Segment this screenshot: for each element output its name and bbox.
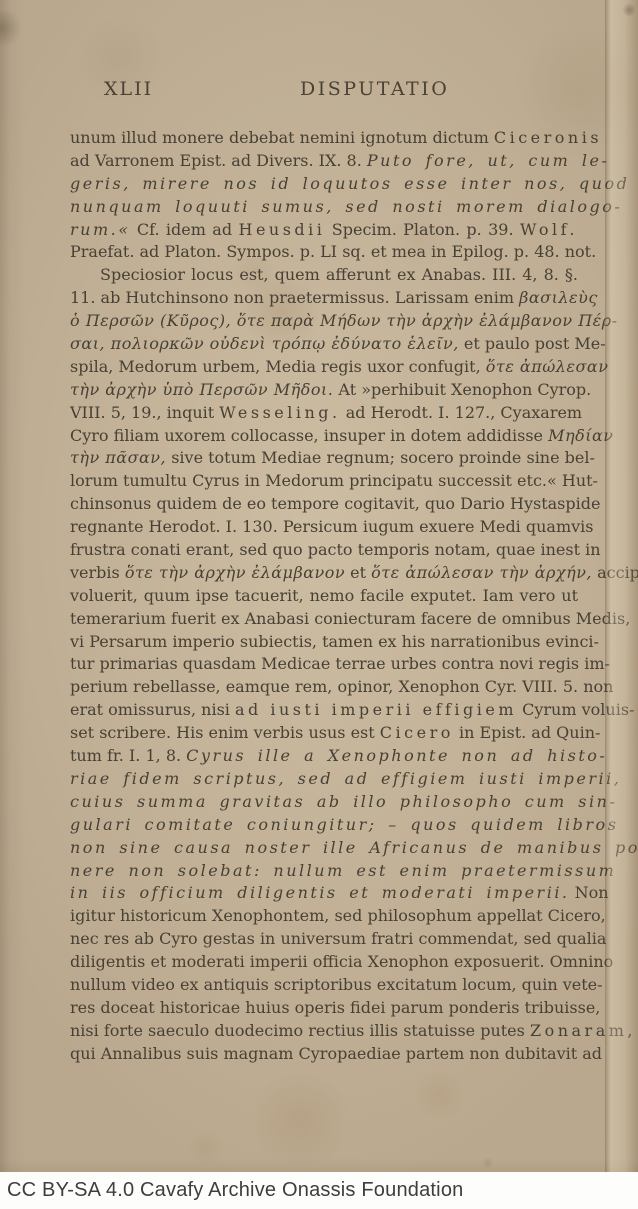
text-segment: tum fr. I. 1, 8.: [70, 746, 186, 765]
text-line: vi Persarum imperio subiectis, tamen ex …: [70, 631, 578, 654]
text-line: VIII. 5, 19., inquit Wesseling. ad Herod…: [70, 402, 578, 425]
text-segment: diligentis et moderati imperii officia X…: [70, 952, 613, 971]
text-line: cuius summa gravitas ab illo philosopho …: [70, 791, 578, 814]
text-segment: Speciosior locus est, quem afferunt ex A…: [100, 265, 578, 284]
text-segment: gulari comitate coniungitur; – quos quid…: [70, 815, 618, 834]
text-segment: Puto fore, ut, cum le-: [367, 151, 609, 170]
text-segment: ὅτε ἀπώλεσαν: [486, 357, 609, 376]
text-line: rum.« Cf. idem ad Heusdii Specim. Platon…: [70, 219, 578, 242]
text-segment: VIII. 5, 19., inquit: [70, 403, 219, 422]
text-segment: 11. ab Hutchinsono non praetermissus. La…: [70, 288, 519, 307]
text-segment: Non: [570, 883, 609, 902]
text-line: tur primarias quasdam Medicae terrae urb…: [70, 653, 578, 676]
text-segment: Zonaram,: [530, 1021, 636, 1040]
text-segment: Cyrus ille a Xenophonte non ad histo-: [186, 746, 607, 765]
text-segment: Praefat. ad Platon. Sympos. p. LI sq. et…: [70, 242, 596, 261]
license-text: CC BY-SA 4.0 Cavafy Archive Onassis Foun…: [0, 1179, 463, 1202]
text-segment: temerarium fuerit ex Anabasi coniecturam…: [70, 609, 630, 628]
text-segment: spila, Medorum urbem, Media regis uxor c…: [70, 357, 486, 376]
text-segment: Cf. idem ad: [131, 220, 239, 239]
text-segment: nisi forte saeculo duodecimo rectius ill…: [70, 1021, 530, 1040]
text-segment: At »perhibuit Xenophon Cyrop.: [333, 380, 591, 399]
text-segment: regnante Herodot. I. 130. Persicum iugum…: [70, 517, 594, 536]
text-segment: igitur historicum Xenophontem, sed philo…: [70, 906, 606, 925]
text-line: nisi forte saeculo duodecimo rectius ill…: [70, 1020, 578, 1043]
license-bar: CC BY-SA 4.0 Cavafy Archive Onassis Foun…: [0, 1172, 638, 1209]
text-segment: voluerit, quum ipse tacuerit, nemo facil…: [70, 586, 578, 605]
text-line: erat omissurus, nisi ad iusti imperii ef…: [70, 699, 578, 722]
text-line: nere non solebat: nullum est enim praete…: [70, 860, 578, 883]
text-segment: ad iusti imperii effigiem: [235, 700, 517, 719]
text-line: τὴν πᾶσαν, sive totum Mediae regnum; soc…: [70, 447, 578, 470]
text-segment: res doceat historicae huius operis fidei…: [70, 998, 600, 1017]
text-segment: nere non solebat: nullum est enim praete…: [70, 861, 616, 880]
paper-background: XLII DISPUTATIO unum illud monere debeba…: [0, 0, 638, 1172]
text-line: frustra conati erant, sed quo pacto temp…: [70, 539, 578, 562]
text-line: unum illud monere debebat nemini ignotum…: [70, 127, 578, 150]
text-segment: accipi: [592, 563, 638, 582]
text-segment: σαι, πολιορκῶν οὐδενὶ τρόπῳ ἐδύνατο ἑλεῖ…: [70, 334, 459, 353]
text-segment: nullum video ex antiquis scriptoribus ex…: [70, 975, 603, 994]
text-segment: et: [345, 563, 371, 582]
page-text: unum illud monere debebat nemini ignotum…: [70, 127, 578, 1066]
text-segment: nunquam loquuti sumus, sed nosti morem d…: [70, 197, 622, 216]
text-segment: Wolf.: [520, 220, 578, 239]
text-line: τὴν ἀρχὴν ὑπὸ Περσῶν Μῆδοι. At »perhibui…: [70, 379, 578, 402]
text-segment: verbis: [70, 563, 125, 582]
scanned-book-page: XLII DISPUTATIO unum illud monere debeba…: [0, 0, 638, 1209]
text-line: set scribere. His enim verbis usus est C…: [70, 722, 578, 745]
text-segment: frustra conati erant, sed quo pacto temp…: [70, 540, 601, 559]
text-line: regnante Herodot. I. 130. Persicum iugum…: [70, 516, 578, 539]
running-title: DISPUTATIO: [300, 78, 449, 100]
text-line: igitur historicum Xenophontem, sed philo…: [70, 905, 578, 928]
text-segment: riae fidem scriptus, sed ad effigiem ius…: [70, 769, 621, 788]
text-segment: ὅτε τὴν ἀρχὴν ἐλάμβανον: [125, 563, 345, 582]
text-segment: perium rebellasse, eamque rem, opinor, X…: [70, 677, 613, 696]
text-segment: Μηδίαν: [548, 426, 613, 445]
text-segment: βασιλεὺς: [519, 288, 598, 307]
text-segment: Cyro filiam uxorem collocasse, insuper i…: [70, 426, 548, 445]
text-line: in iis officium diligentis et moderati i…: [70, 882, 578, 905]
text-line: tum fr. I. 1, 8. Cyrus ille a Xenophonte…: [70, 745, 578, 768]
text-segment: τὴν πᾶσαν,: [70, 448, 166, 467]
text-segment: vi Persarum imperio subiectis, tamen ex …: [70, 632, 599, 651]
text-segment: lorum tumultu Cyrus in Medorum principat…: [70, 471, 598, 490]
text-line: diligentis et moderati imperii officia X…: [70, 951, 578, 974]
text-segment: ad Herodt. I. 127., Cyaxarem: [341, 403, 582, 422]
text-line: res doceat historicae huius operis fidei…: [70, 997, 578, 1020]
text-line: nec res ab Cyro gestas in universum frat…: [70, 928, 578, 951]
text-line: spila, Medorum urbem, Media regis uxor c…: [70, 356, 578, 379]
text-line: non sine causa noster ille Africanus de …: [70, 837, 578, 860]
text-segment: chinsonus quidem de eo tempore cogitavit…: [70, 494, 600, 513]
text-segment: rum.«: [70, 220, 131, 239]
text-segment: unum illud monere debebat nemini ignotum…: [70, 128, 494, 147]
page-number: XLII: [104, 78, 153, 100]
text-line: chinsonus quidem de eo tempore cogitavit…: [70, 493, 578, 516]
text-segment: ὅτε ἀπώλεσαν τὴν ἀρχήν,: [371, 563, 592, 582]
text-line: Speciosior locus est, quem afferunt ex A…: [70, 264, 578, 287]
text-segment: in Epist. ad Quin-: [454, 723, 601, 742]
text-line: qui Annalibus suis magnam Cyropaediae pa…: [70, 1043, 578, 1066]
text-line: perium rebellasse, eamque rem, opinor, X…: [70, 676, 578, 699]
text-line: riae fidem scriptus, sed ad effigiem ius…: [70, 768, 578, 791]
text-line: Cyro filiam uxorem collocasse, insuper i…: [70, 425, 578, 448]
text-segment: ὁ Περσῶν (Κῦρος), ὅτε παρὰ Μήδων τὴν ἀρχ…: [70, 311, 618, 330]
text-segment: ad Varronem Epist. ad Divers. IX. 8.: [70, 151, 367, 170]
text-line: lorum tumultu Cyrus in Medorum principat…: [70, 470, 578, 493]
text-line: verbis ὅτε τὴν ἀρχὴν ἐλάμβανον et ὅτε ἀπ…: [70, 562, 578, 585]
text-segment: Specim. Platon. p. 39.: [325, 220, 520, 239]
text-line: ὁ Περσῶν (Κῦρος), ὅτε παρὰ Μήδων τὴν ἀρχ…: [70, 310, 578, 333]
text-line: σαι, πολιορκῶν οὐδενὶ τρόπῳ ἐδύνατο ἑλεῖ…: [70, 333, 578, 356]
text-segment: in iis officium diligentis et moderati i…: [70, 883, 570, 902]
text-line: gulari comitate coniungitur; – quos quid…: [70, 814, 578, 837]
text-line: nullum video ex antiquis scriptoribus ex…: [70, 974, 578, 997]
text-segment: Ciceronis: [494, 128, 602, 147]
text-segment: Heusdii: [238, 220, 325, 239]
text-segment: Cicero: [380, 723, 454, 742]
text-line: 11. ab Hutchinsono non praetermissus. La…: [70, 287, 578, 310]
text-segment: qui Annalibus suis magnam Cyropaediae pa…: [70, 1044, 602, 1063]
text-segment: set scribere. His enim verbis usus est: [70, 723, 380, 742]
text-segment: sive totum Mediae regnum; socero proinde…: [166, 448, 595, 467]
text-segment: τὴν ἀρχὴν ὑπὸ Περσῶν Μῆδοι.: [70, 380, 333, 399]
text-segment: Cyrum voluis-: [517, 700, 634, 719]
text-line: voluerit, quum ipse tacuerit, nemo facil…: [70, 585, 578, 608]
text-segment: et paulo post Me-: [459, 334, 606, 353]
text-segment: cuius summa gravitas ab illo philosopho …: [70, 792, 617, 811]
text-segment: erat omissurus, nisi: [70, 700, 235, 719]
text-line: temerarium fuerit ex Anabasi coniecturam…: [70, 608, 578, 631]
text-segment: tur primarias quasdam Medicae terrae urb…: [70, 654, 610, 673]
text-segment: nec res ab Cyro gestas in universum frat…: [70, 929, 606, 948]
text-line: ad Varronem Epist. ad Divers. IX. 8. Put…: [70, 150, 578, 173]
text-line: Praefat. ad Platon. Sympos. p. LI sq. et…: [70, 241, 578, 264]
text-segment: Wesseling.: [219, 403, 340, 422]
text-segment: non sine causa noster ille Africanus de …: [70, 838, 638, 857]
text-line: geris, mirere nos id loquutos esse inter…: [70, 173, 578, 196]
text-line: nunquam loquuti sumus, sed nosti morem d…: [70, 196, 578, 219]
text-segment: geris, mirere nos id loquutos esse inter…: [70, 174, 629, 193]
